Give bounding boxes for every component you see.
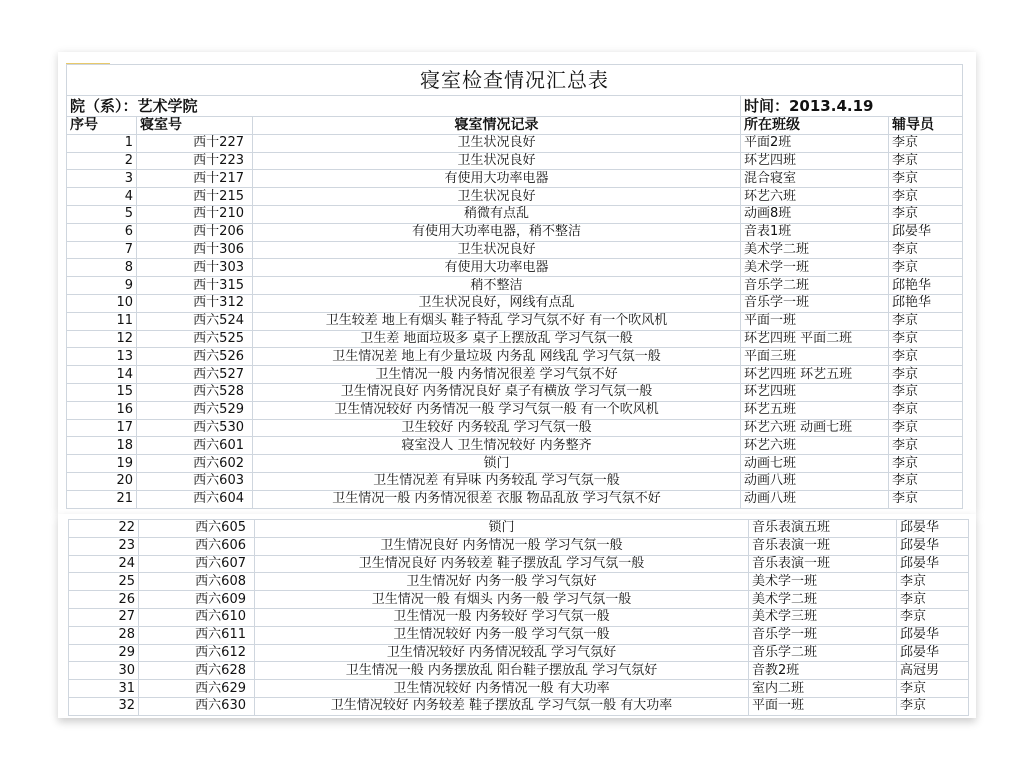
class-name: 动画七班 [741,455,889,473]
table-row: 10西十312卫生状况良好，网线有点乱音乐学一班 邱艳华 [67,294,963,312]
class-name: 动画8班 [741,205,889,223]
tutor-name: 李京 [889,205,963,223]
class-name: 美术学一班 [749,573,897,591]
inspection-record: 卫生情况一般 内务摆放乱 阳台鞋子摆放乱 学习气氛好 [255,662,749,680]
sheet-title: 寝室检查情况汇总表 [67,65,963,96]
inspection-record: 卫生情况较好 内务情况一般 学习气氛一般 有一个吹风机 [253,401,741,419]
tutor-name: 李京 [889,437,963,455]
class-name: 音乐学一班 [741,294,889,312]
inspection-record: 卫生情况良好 内务情况良好 桌子有横放 学习气氛一般 [253,383,741,401]
inspection-record: 稍不整洁 [253,277,741,295]
class-name: 环艺五班 [741,401,889,419]
row-number: 25 [69,573,139,591]
tutor-name: 邱艳华 [889,277,963,295]
room-number: 西六628 [139,662,255,680]
row-number: 24 [69,555,139,573]
table-row: 7西十306卫生状况良好美术学二班李京 [67,241,963,259]
room-number: 西十223 [137,152,253,170]
col-header-tutor: 辅导员 [889,117,963,135]
room-number: 西六524 [137,312,253,330]
table-row: 6西十206有使用大功率电器，稍不整洁音表1班邱晏华 [67,223,963,241]
tutor-name: 李京 [889,152,963,170]
inspection-record: 有使用大功率电器 [253,259,741,277]
tutor-name: 李京 [889,383,963,401]
tutor-name: 李京 [889,170,963,188]
row-number: 21 [67,490,137,508]
room-number: 西六612 [139,644,255,662]
tutor-name: 邱艳华 [889,294,963,312]
room-number: 西十210 [137,205,253,223]
inspection-record: 卫生状况良好 [253,188,741,206]
inspection-record: 卫生较差 地上有烟头 鞋子特乱 学习气氛不好 有一个吹风机 [253,312,741,330]
row-number: 19 [67,455,137,473]
inspection-record: 卫生情况一般 内务较好 学习气氛一般 [255,608,749,626]
room-number: 西六610 [139,608,255,626]
department-label: 院（系）：艺术学院 [67,96,741,117]
tutor-name: 高冠男 [897,662,969,680]
table-row: 30西六628卫生情况一般 内务摆放乱 阳台鞋子摆放乱 学习气氛好音教2班高冠男 [69,662,969,680]
table-row: 27西六610卫生情况一般 内务较好 学习气氛一般美术学三班李京 [69,608,969,626]
inspection-record: 有使用大功率电器 [253,170,741,188]
table-row: 12西六525卫生差 地面垃圾多 桌子上摆放乱 学习气氛一般环艺四班 平面二班李… [67,330,963,348]
room-number: 西六605 [139,520,255,538]
row-number: 2 [67,152,137,170]
row-number: 20 [67,472,137,490]
col-header-room: 寝室号 [137,117,253,135]
tutor-name: 李京 [889,134,963,152]
col-header-record: 寝室情况记录 [253,117,741,135]
table-row: 11西六524卫生较差 地上有烟头 鞋子特乱 学习气氛不好 有一个吹风机平面一班… [67,312,963,330]
row-number: 32 [69,697,139,715]
inspection-record: 卫生情况差 有异味 内务较乱 学习气氛一般 [253,472,741,490]
tutor-name: 邱晏华 [889,223,963,241]
class-name: 动画八班 [741,472,889,490]
tutor-name: 李京 [897,608,969,626]
table-row: 18西六601寝室没人 卫生情况较好 内务整齐环艺六班李京 [67,437,963,455]
room-number: 西六630 [139,697,255,715]
class-name: 环艺四班 环艺五班 [741,366,889,384]
tutor-name: 李京 [897,697,969,715]
tutor-name: 李京 [889,490,963,508]
room-number: 西六528 [137,383,253,401]
inspection-table-part1: 寝室检查情况汇总表 院（系）：艺术学院 时间：2013.4.19 序号 寝室号 … [66,64,963,509]
inspection-record: 卫生情况良好 内务情况一般 学习气氛一般 [255,537,749,555]
tutor-name: 李京 [889,455,963,473]
class-name: 环艺四班 [741,152,889,170]
tutor-name: 邱晏华 [897,644,969,662]
class-name: 美术学二班 [741,241,889,259]
table-row: 16西六529卫生情况较好 内务情况一般 学习气氛一般 有一个吹风机环艺五班李京 [67,401,963,419]
tutor-name: 李京 [889,241,963,259]
row-number: 4 [67,188,137,206]
table-row: 9西十315稍不整洁音乐学二班邱艳华 [67,277,963,295]
room-number: 西六629 [139,680,255,698]
table-row: 25西六608卫生情况好 内务一般 学习气氛好美术学一班李京 [69,573,969,591]
tutor-name: 李京 [889,312,963,330]
row-number: 10 [67,294,137,312]
col-header-no: 序号 [67,117,137,135]
room-number: 西六608 [139,573,255,591]
class-name: 音乐表演五班 [749,520,897,538]
row-number: 12 [67,330,137,348]
room-number: 西十315 [137,277,253,295]
class-name: 美术学三班 [749,608,897,626]
col-header-class: 所在班级 [741,117,889,135]
row-number: 1 [67,134,137,152]
table-row: 3西十217有使用大功率电器混合寝室李京 [67,170,963,188]
table-row: 5西十210稍微有点乱动画8班李京 [67,205,963,223]
table-row: 26西六609卫生情况一般 有烟头 内务一般 学习气氛一般美术学二班李京 [69,591,969,609]
table-row: 20西六603卫生情况差 有异味 内务较乱 学习气氛一般动画八班李京 [67,472,963,490]
room-number: 西六527 [137,366,253,384]
table-row: 24西六607卫生情况良好 内务较差 鞋子摆放乱 学习气氛一般音乐表演一班邱晏华 [69,555,969,573]
room-number: 西六609 [139,591,255,609]
class-name: 环艺六班 [741,188,889,206]
table-row: 23西六606卫生情况良好 内务情况一般 学习气氛一般音乐表演一班邱晏华 [69,537,969,555]
class-name: 音乐表演一班 [749,555,897,573]
tutor-name: 李京 [889,401,963,419]
room-number: 西十227 [137,134,253,152]
class-name: 美术学二班 [749,591,897,609]
table-row: 28西六611卫生情况较好 内务一般 学习气氛一般音乐学一班邱晏华 [69,626,969,644]
inspection-table-part2: 22西六605锁门音乐表演五班邱晏华23西六606卫生情况良好 内务情况一般 学… [68,519,969,716]
row-number: 8 [67,259,137,277]
inspection-record: 卫生情况差 地上有少量垃圾 内务乱 网线乱 学习气氛一般 [253,348,741,366]
inspection-record: 卫生情况良好 内务较差 鞋子摆放乱 学习气氛一般 [255,555,749,573]
inspection-record: 卫生状况良好 [253,152,741,170]
class-name: 音表1班 [741,223,889,241]
tutor-name: 李京 [889,330,963,348]
class-name: 平面一班 [741,312,889,330]
tutor-name: 李京 [897,573,969,591]
inspection-record: 卫生状况良好 [253,134,741,152]
room-number: 西六606 [139,537,255,555]
inspection-record: 卫生情况较好 内务情况一般 有大功率 [255,680,749,698]
row-number: 5 [67,205,137,223]
row-number: 26 [69,591,139,609]
inspection-record: 卫生状况良好，网线有点乱 [253,294,741,312]
row-number: 7 [67,241,137,259]
room-number: 西六530 [137,419,253,437]
inspection-record: 卫生情况一般 内务情况很差 学习气氛不好 [253,366,741,384]
table-row: 14西六527卫生情况一般 内务情况很差 学习气氛不好环艺四班 环艺五班李京 [67,366,963,384]
room-number: 西十306 [137,241,253,259]
row-number: 27 [69,608,139,626]
inspection-record: 卫生较好 内务较乱 学习气氛一般 [253,419,741,437]
row-number: 31 [69,680,139,698]
class-name: 音教2班 [749,662,897,680]
inspection-record: 寝室没人 卫生情况较好 内务整齐 [253,437,741,455]
row-number: 3 [67,170,137,188]
room-number: 西六603 [137,472,253,490]
table-row: 8西十303有使用大功率电器美术学一班李京 [67,259,963,277]
row-number: 13 [67,348,137,366]
room-number: 西六602 [137,455,253,473]
tutor-name: 李京 [889,259,963,277]
class-name: 环艺四班 平面二班 [741,330,889,348]
row-number: 17 [67,419,137,437]
row-number: 6 [67,223,137,241]
tutor-name: 邱晏华 [897,626,969,644]
header-row: 序号 寝室号 寝室情况记录 所在班级 辅导员 [67,117,963,135]
tutor-name: 李京 [889,366,963,384]
inspection-record: 卫生状况良好 [253,241,741,259]
room-number: 西十217 [137,170,253,188]
table-row: 29西六612卫生情况较好 内务情况较乱 学习气氛好音乐学二班邱晏华 [69,644,969,662]
inspection-record: 卫生差 地面垃圾多 桌子上摆放乱 学习气氛一般 [253,330,741,348]
row-number: 23 [69,537,139,555]
room-number: 西六604 [137,490,253,508]
room-number: 西十206 [137,223,253,241]
table-row: 22西六605锁门音乐表演五班邱晏华 [69,520,969,538]
row-number: 28 [69,626,139,644]
inspection-record: 卫生情况较好 内务较差 鞋子摆放乱 学习气氛一般 有大功率 [255,697,749,715]
row-number: 14 [67,366,137,384]
inspection-record: 稍微有点乱 [253,205,741,223]
class-name: 平面三班 [741,348,889,366]
row-number: 22 [69,520,139,538]
table-row: 32西六630卫生情况较好 内务较差 鞋子摆放乱 学习气氛一般 有大功率平面一班… [69,697,969,715]
row-number: 18 [67,437,137,455]
class-name: 环艺六班 动画七班 [741,419,889,437]
table-row: 17西六530卫生较好 内务较乱 学习气氛一般环艺六班 动画七班 李京 [67,419,963,437]
room-number: 西六601 [137,437,253,455]
tutor-name: 李京 [897,680,969,698]
row-number: 29 [69,644,139,662]
inspection-record: 卫生情况一般 有烟头 内务一般 学习气氛一般 [255,591,749,609]
tutor-name: 李京 [889,472,963,490]
table-row: 2西十223卫生状况良好环艺四班李京 [67,152,963,170]
room-number: 西六607 [139,555,255,573]
tutor-name: 邱晏华 [897,555,969,573]
class-name: 混合寝室 [741,170,889,188]
class-name: 音乐学一班 [749,626,897,644]
room-number: 西十303 [137,259,253,277]
date-label: 时间：2013.4.19 [741,96,963,117]
table-row: 4西十215卫生状况良好环艺六班李京 [67,188,963,206]
tutor-name: 李京 [897,591,969,609]
tutor-name: 邱晏华 [897,520,969,538]
row-number: 15 [67,383,137,401]
tutor-name: 李京 [889,419,963,437]
tutor-name: 李京 [889,188,963,206]
tutor-name: 邱晏华 [897,537,969,555]
room-number: 西六529 [137,401,253,419]
table-row: 19西六602锁门动画七班李京 [67,455,963,473]
class-name: 音乐学二班 [749,644,897,662]
row-number: 9 [67,277,137,295]
row-number: 11 [67,312,137,330]
row-number: 16 [67,401,137,419]
class-name: 环艺四班 [741,383,889,401]
room-number: 西十312 [137,294,253,312]
inspection-record: 有使用大功率电器，稍不整洁 [253,223,741,241]
class-name: 室内二班 [749,680,897,698]
class-name: 动画八班 [741,490,889,508]
inspection-record: 锁门 [255,520,749,538]
inspection-record: 卫生情况较好 内务情况较乱 学习气氛好 [255,644,749,662]
table-row: 15西六528卫生情况良好 内务情况良好 桌子有横放 学习气氛一般环艺四班李京 [67,383,963,401]
row-number: 30 [69,662,139,680]
room-number: 西六525 [137,330,253,348]
class-name: 环艺六班 [741,437,889,455]
class-name: 美术学一班 [741,259,889,277]
inspection-record: 卫生情况好 内务一般 学习气氛好 [255,573,749,591]
class-name: 音乐学二班 [741,277,889,295]
table-row: 13西六526卫生情况差 地上有少量垃圾 内务乱 网线乱 学习气氛一般平面三班李… [67,348,963,366]
class-name: 平面2班 [741,134,889,152]
class-name: 平面一班 [749,697,897,715]
table-row: 1西十227卫生状况良好平面2班李京 [67,134,963,152]
tutor-name: 李京 [889,348,963,366]
room-number: 西十215 [137,188,253,206]
room-number: 西六526 [137,348,253,366]
table-row: 21西六604卫生情况一般 内务情况很差 衣服 物品乱放 学习气氛不好动画八班李… [67,490,963,508]
inspection-record: 锁门 [253,455,741,473]
inspection-record: 卫生情况较好 内务一般 学习气氛一般 [255,626,749,644]
class-name: 音乐表演一班 [749,537,897,555]
room-number: 西六611 [139,626,255,644]
inspection-record: 卫生情况一般 内务情况很差 衣服 物品乱放 学习气氛不好 [253,490,741,508]
table-row: 31西六629卫生情况较好 内务情况一般 有大功率室内二班李京 [69,680,969,698]
